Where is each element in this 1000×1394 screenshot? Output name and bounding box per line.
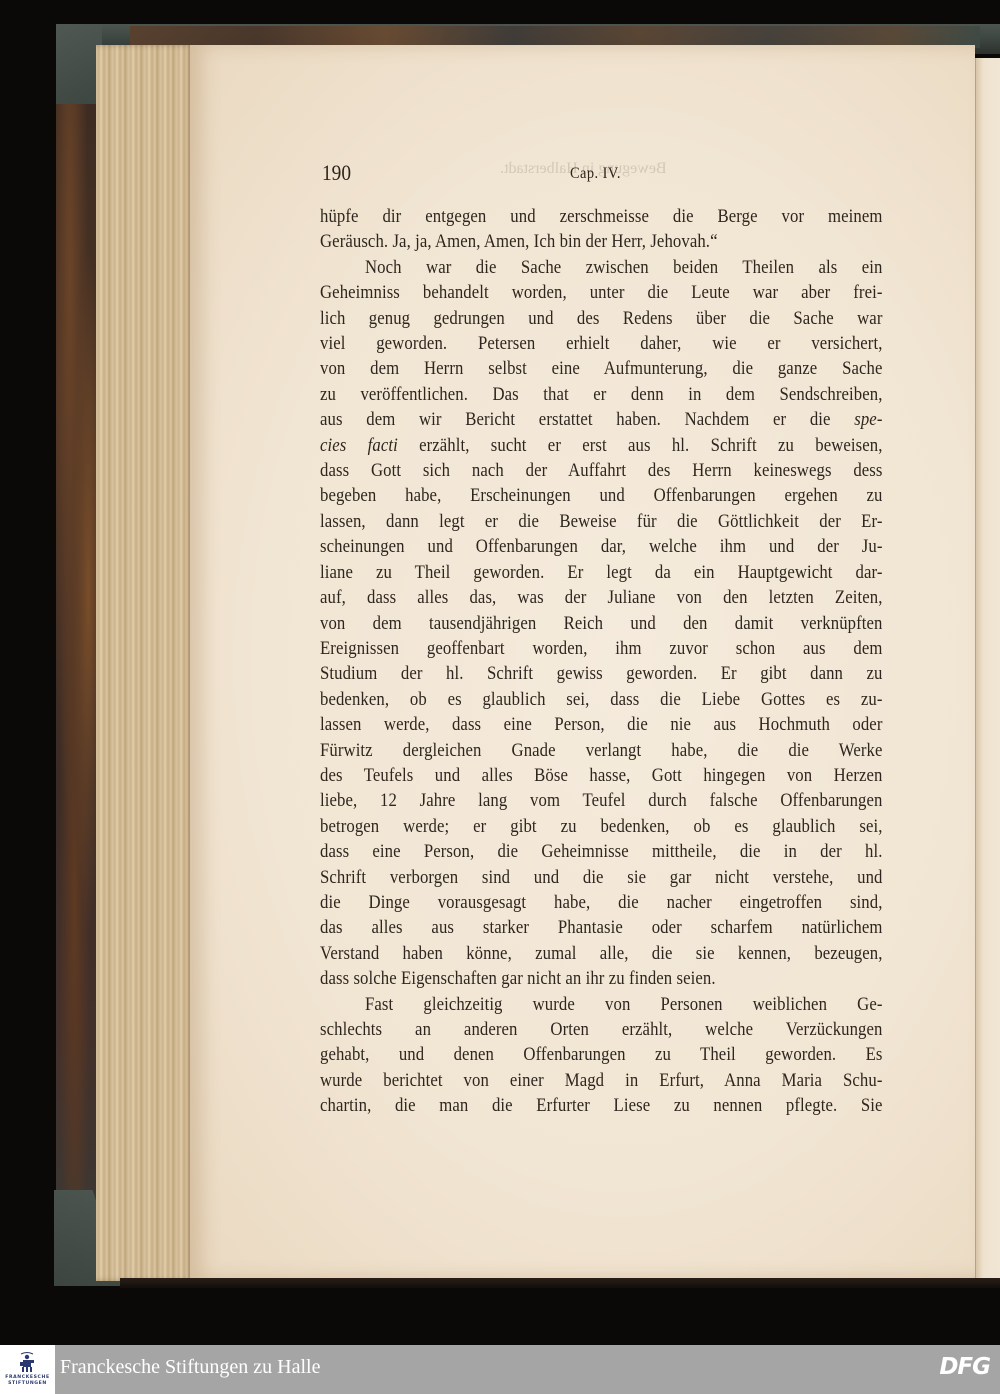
text-line: betrogen werde; er gibt zu bedenken, ob … xyxy=(320,814,883,839)
dfg-logo[interactable]: DFG xyxy=(939,1354,990,1380)
text-line: viel geworden. Petersen erhielt daher, w… xyxy=(320,331,883,356)
text-line: Fast gleichzeitig wurde von Personen wei… xyxy=(320,992,883,1017)
page-bottom-shadow xyxy=(120,1278,1000,1288)
logo-text: FRANCKESCHE STIFTUNGEN xyxy=(0,1375,55,1387)
text-line: hüpfe dir entgegen und zerschmeisse die … xyxy=(320,204,883,229)
text-line: schlechts an anderen Orten erzählt, welc… xyxy=(320,1017,883,1042)
text-segment: aus dem wir Bericht erstattet haben. Nac… xyxy=(320,409,854,430)
text-line: lich genug gedrungen und des Redens über… xyxy=(320,306,883,331)
text-line: auf, dass alles das, was der Juliane von… xyxy=(320,585,883,610)
body-text: hüpfe dir entgegen und zerschmeisse die … xyxy=(320,204,883,1119)
text-line: scheinungen und Offenbarungen dar, welch… xyxy=(320,534,883,559)
page-edges xyxy=(96,45,194,1281)
text-line: Fürwitz dergleichen Gnade verlangt habe,… xyxy=(320,738,883,763)
italic-term: cies facti xyxy=(320,435,398,456)
text-line: das alles aus starker Phantasie oder sch… xyxy=(320,915,883,940)
text-line: aus dem wir Bericht erstattet haben. Nac… xyxy=(320,407,883,432)
footer-bar: FRANCKESCHE STIFTUNGEN Franckesche Stift… xyxy=(0,1345,1000,1394)
text-line: Studium der hl. Schrift gewiss geworden.… xyxy=(320,661,883,686)
text-line: liebe, 12 Jahre lang vom Teufel durch fa… xyxy=(320,788,883,813)
running-head: Cap. IV. xyxy=(570,165,621,183)
text-line: begeben habe, Erscheinungen und Offenbar… xyxy=(320,483,883,508)
text-line: bedenken, ob es glaublich sei, dass die … xyxy=(320,687,883,712)
franckesche-logo[interactable]: FRANCKESCHE STIFTUNGEN xyxy=(0,1345,55,1394)
text-line: gehabt, und denen Offenbarungen zu Theil… xyxy=(320,1042,883,1067)
text-line: lassen werde, dass eine Person, die nie … xyxy=(320,712,883,737)
facing-page-edge xyxy=(975,58,1000,1283)
text-line: Geheimniss behandelt worden, unter die L… xyxy=(320,280,883,305)
text-line: Verstand haben könne, zumal alle, die si… xyxy=(320,941,883,966)
logo-line-2: STIFTUNGEN xyxy=(0,1381,55,1387)
text-line: des Teufels und alles Böse hasse, Gott h… xyxy=(320,763,883,788)
page-number: 190 xyxy=(322,160,351,186)
text-line: chartin, die man die Erfurter Liese zu n… xyxy=(320,1093,883,1118)
italic-term: spe- xyxy=(854,409,882,430)
text-segment: erzählt, sucht er erst aus hl. Schrift z… xyxy=(398,435,883,456)
franckesche-figure-icon xyxy=(17,1351,37,1373)
text-line: von dem Herrn selbst eine Aufmunterung, … xyxy=(320,356,883,381)
footer-title: Franckesche Stiftungen zu Halle xyxy=(60,1356,320,1379)
text-line: zu veröffentlichen. Das that er denn in … xyxy=(320,382,883,407)
text-line: dass Gott sich nach der Auffahrt des Her… xyxy=(320,458,883,483)
text-line: dass solche Eigenschaften gar nicht an i… xyxy=(320,966,883,991)
text-line: die Dinge vorausgesagt habe, die nacher … xyxy=(320,890,883,915)
text-line: wurde berichtet von einer Magd in Erfurt… xyxy=(320,1068,883,1093)
text-line: von dem tausendjährigen Reich und den da… xyxy=(320,611,883,636)
text-line: Noch war die Sache zwischen beiden Theil… xyxy=(320,255,883,280)
text-line: liane zu Theil geworden. Er legt da ein … xyxy=(320,560,883,585)
page-header: 190 Cap. IV. xyxy=(322,160,884,192)
text-line: lassen, dann legt er die Beweise für die… xyxy=(320,509,883,534)
text-line: Ereignissen geoffenbart worden, ihm zuvo… xyxy=(320,636,883,661)
text-line: dass eine Person, die Geheimnisse mitthe… xyxy=(320,839,883,864)
text-line: Schrift verborgen sind und die sie gar n… xyxy=(320,865,883,890)
text-line: Geräusch. Ja, ja, Amen, Amen, Ich bin de… xyxy=(320,229,883,254)
text-line: cies facti erzählt, sucht er erst aus hl… xyxy=(320,433,883,458)
